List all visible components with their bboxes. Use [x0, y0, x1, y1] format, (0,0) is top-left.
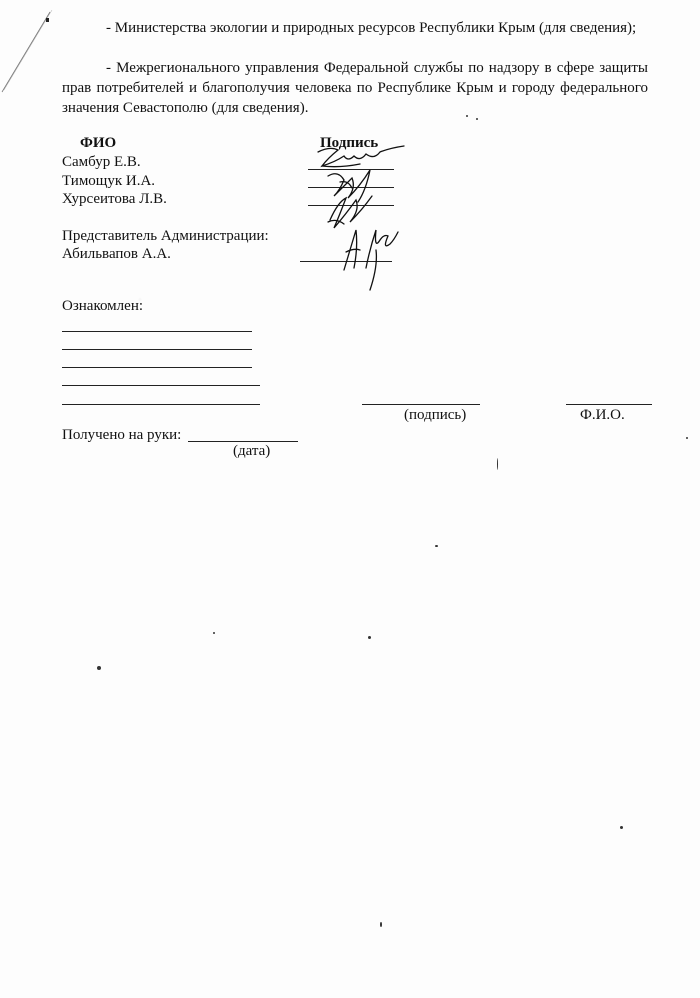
scan-speck	[620, 826, 623, 829]
scan-speck	[476, 118, 478, 120]
name-caption: Ф.И.О.	[580, 407, 625, 424]
header-fio: ФИО	[80, 135, 116, 152]
member-name: Самбур Е.В.	[62, 154, 141, 171]
handwritten-signatures	[300, 140, 410, 295]
acknowledged-line	[62, 367, 252, 368]
signature-blank-line	[362, 404, 480, 405]
member-name: Тимощук И.А.	[62, 173, 155, 190]
acknowledged-line	[62, 404, 260, 405]
member-name: Хурсеитова Л.В.	[62, 191, 167, 208]
paragraph-ministry-ecology: - Министерства экологии и природных ресу…	[62, 18, 648, 38]
scan-speck	[686, 437, 688, 439]
administration-name: Абильвапов А.А.	[62, 246, 171, 263]
date-caption: (дата)	[233, 443, 270, 460]
scan-speck	[213, 632, 215, 634]
received-label: Получено на руки:	[62, 427, 181, 444]
scan-speck	[466, 115, 468, 117]
scan-speck	[497, 458, 498, 470]
acknowledged-line	[62, 385, 260, 386]
scan-speck	[435, 545, 438, 547]
scan-speck	[380, 922, 382, 927]
scan-artifact-line	[0, 0, 60, 100]
date-blank-line	[188, 441, 298, 442]
paragraph-rospotrebnadzor: - Межрегионального управления Федерально…	[62, 58, 648, 118]
administration-label: Представитель Администрации:	[62, 228, 269, 245]
acknowledged-line	[62, 331, 252, 332]
scan-speck	[368, 636, 371, 639]
signature-caption: (подпись)	[404, 407, 466, 424]
acknowledged-label: Ознакомлен:	[62, 298, 143, 315]
scanned-document-page: - Министерства экологии и природных ресу…	[0, 0, 700, 998]
acknowledged-line	[62, 349, 252, 350]
scan-speck	[97, 666, 101, 670]
name-blank-line	[566, 404, 652, 405]
